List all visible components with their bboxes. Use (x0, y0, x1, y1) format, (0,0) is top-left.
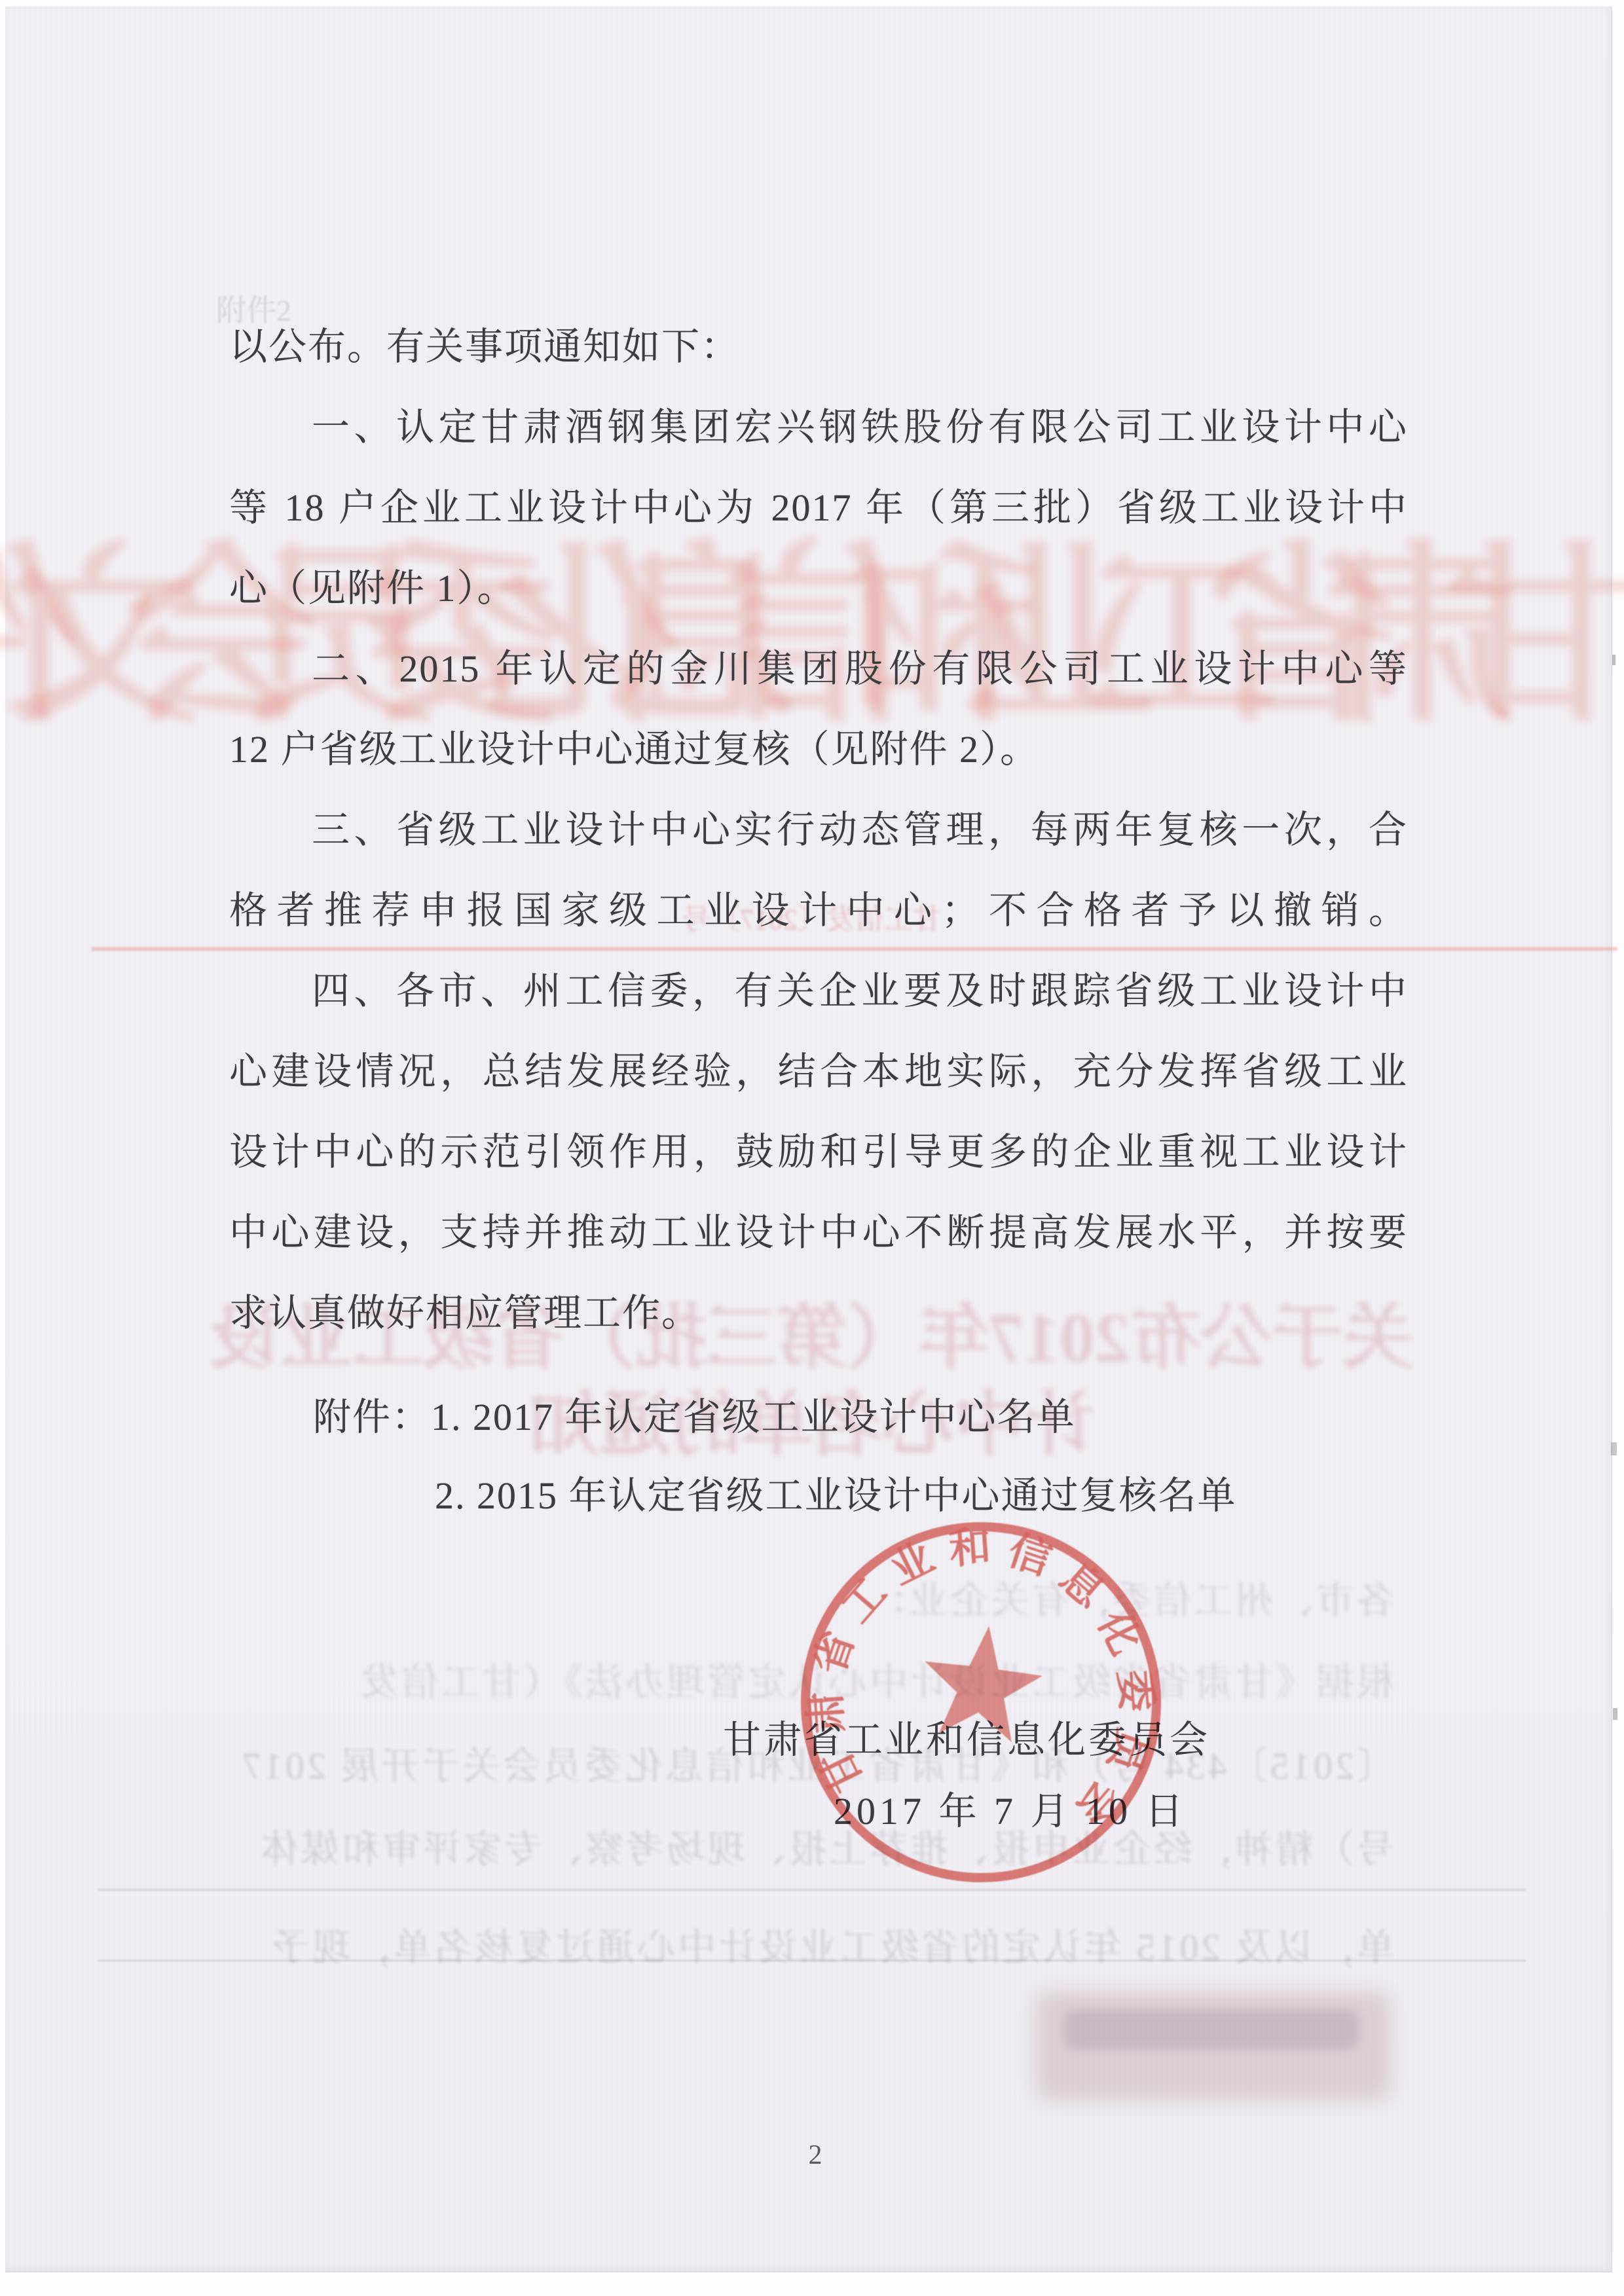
body-line: 二、2015 年认定的金川集团股份有限公司工业设计中心等 (229, 635, 1408, 703)
official-seal: 甘肃省工业和信息化委员会 (752, 1473, 1210, 1931)
attachment-item-1: 附件：1. 2017 年认定省级工业设计中心名单 (313, 1383, 1076, 1451)
body-line: 四、各市、州工信委，有关企业要及时跟踪省级工业设计中 (229, 957, 1408, 1025)
scanned-document-page: 附件2 甘肃省工业和信息化委员会文件 甘工信发〔2017〕号 关于公布2017年… (0, 0, 1624, 2296)
page-number: 2 (796, 2140, 835, 2171)
body-line: 中心建设，支持并推动工业设计中心不断提高发展水平，并按要 (229, 1199, 1408, 1267)
body-line: 心建设情况，总结发展经验，结合本地实际，充分发挥省级工业 (229, 1038, 1408, 1106)
body-line: 等 18 户企业工业设计中心为 2017 年（第三批）省级工业设计中 (229, 474, 1408, 542)
body-line: 设计中心的示范引领作用，鼓励和引导更多的企业重视工业设计 (229, 1118, 1408, 1186)
body-line: 以公布。有关事项通知如下： (229, 313, 1408, 381)
seal-star-icon (917, 1619, 1048, 1745)
body-line: 格者推荐申报国家级工业设计中心；不合格者予以撤销。 (229, 877, 1408, 945)
body-line: 12 户省级工业设计中心通过复核（见附件 2）。 (229, 716, 1408, 784)
body-line: 三、省级工业设计中心实行动态管理，每两年复核一次，合 (229, 796, 1408, 864)
body-line: 心（见附件 1）。 (229, 555, 1408, 623)
body-line: 一、认定甘肃酒钢集团宏兴钢铁股份有限公司工业设计中心 (229, 393, 1408, 462)
scan-edge-artifacts (1612, 655, 1615, 665)
body-line: 求认真做好相应管理工作。 (229, 1279, 1408, 1347)
